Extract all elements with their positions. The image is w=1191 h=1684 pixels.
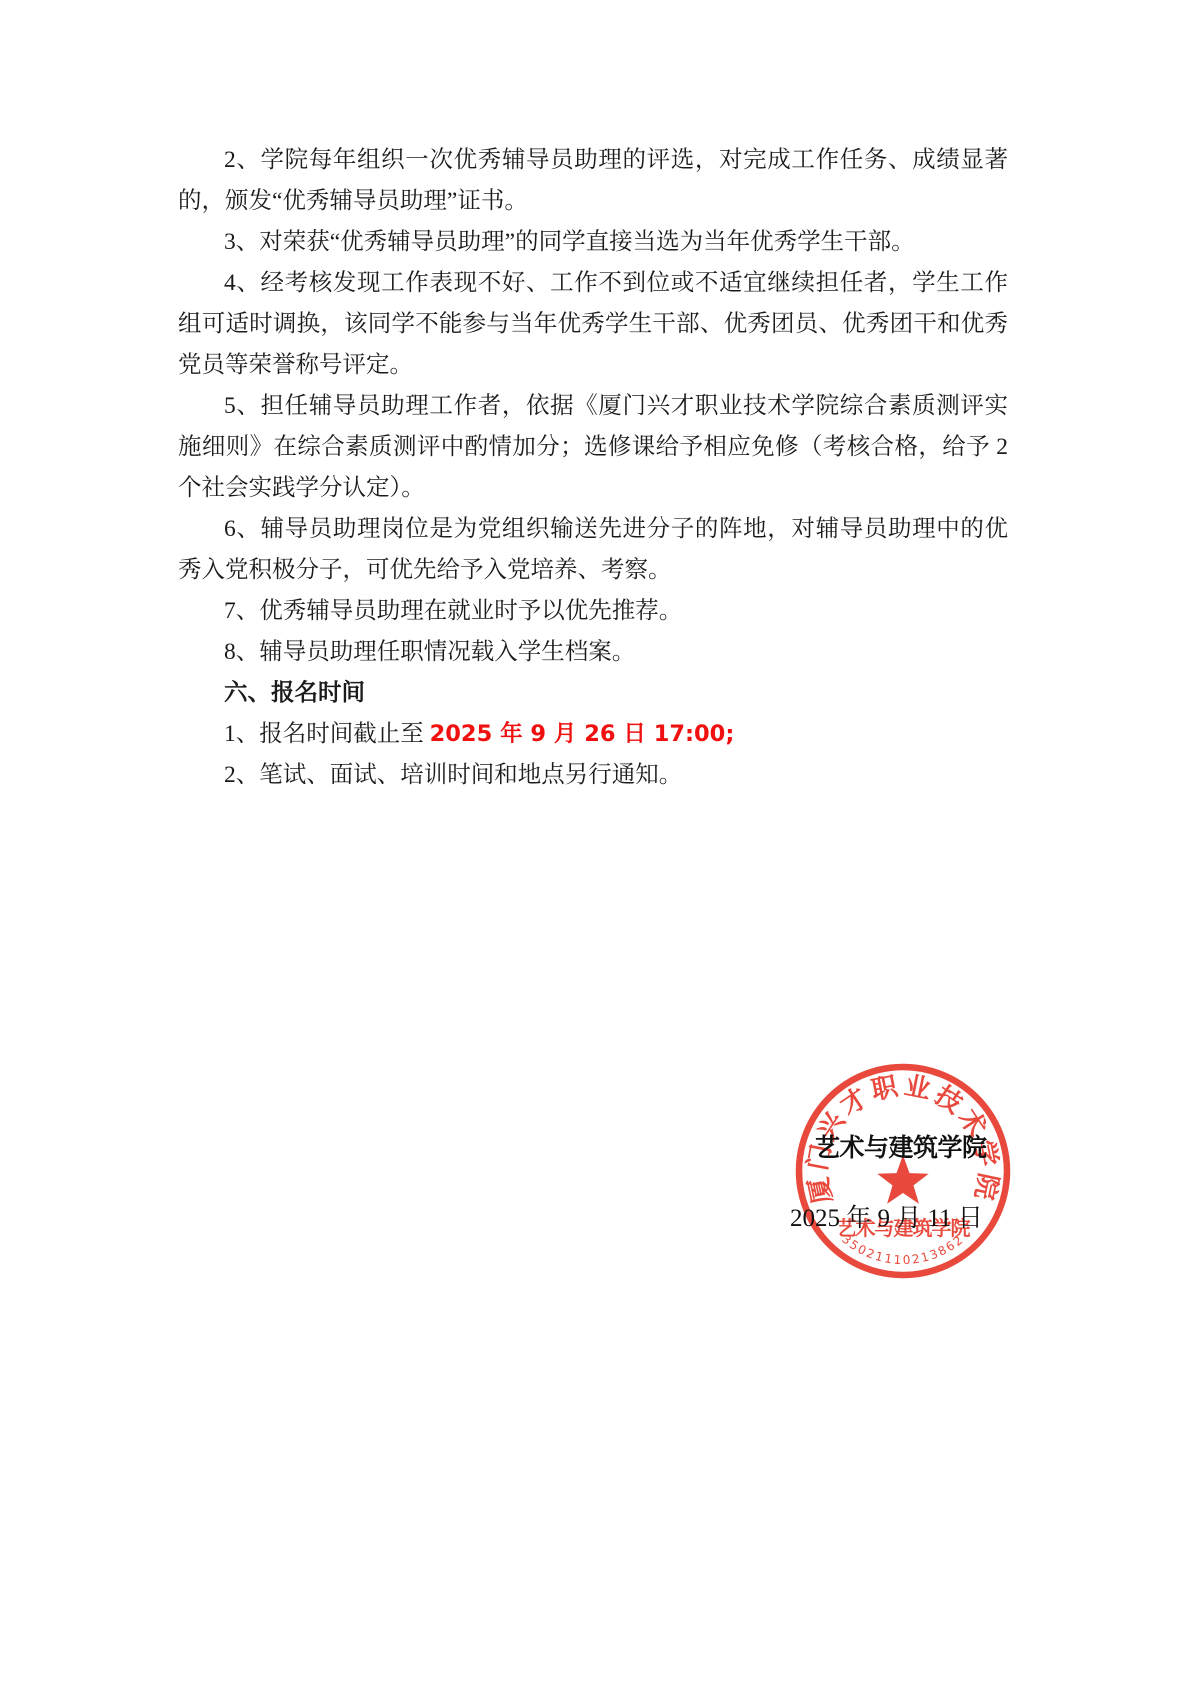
paragraph-item-5: 5、担任辅导员助理工作者，依据《厦门兴才职业技术学院综合素质测评实施细则》在综合… bbox=[178, 386, 1008, 509]
paragraph-item-3: 3、对荣获“优秀辅导员助理”的同学直接当选为当年优秀学生干部。 bbox=[178, 222, 1008, 263]
paragraph-notice: 2、笔试、面试、培训时间和地点另行通知。 bbox=[178, 755, 1008, 796]
deadline-prefix: 1、报名时间截止至 bbox=[224, 721, 430, 747]
paragraph-item-8: 8、辅导员助理任职情况载入学生档案。 bbox=[178, 632, 1008, 673]
deadline-paragraph: 1、报名时间截止至 2025 年 9 月 26 日 17:00; bbox=[178, 714, 1008, 755]
paragraph-item-7: 7、优秀辅导员助理在就业时予以优先推荐。 bbox=[178, 591, 1008, 632]
document-page: 2、学院每年组织一次优秀辅导员助理的评选，对完成工作任务、成绩显著的，颁发“优秀… bbox=[0, 0, 1191, 1684]
signoff-department: 艺术与建筑学院 bbox=[815, 1128, 987, 1164]
paragraph-item-6: 6、辅导员助理岗位是为党组织输送先进分子的阵地，对辅导员助理中的优秀入党积极分子… bbox=[178, 509, 1008, 591]
document-body: 2、学院每年组织一次优秀辅导员助理的评选，对完成工作任务、成绩显著的，颁发“优秀… bbox=[178, 140, 1008, 796]
paragraph-item-4: 4、经考核发现工作表现不好、工作不到位或不适宜继续担任者，学生工作组可适时调换，… bbox=[178, 263, 1008, 386]
official-seal-stamp: 厦门兴才职业技术学院 艺术与建筑学院 35021110213862 bbox=[790, 1058, 1016, 1284]
deadline-date-highlight: 2025 年 9 月 26 日 17:00; bbox=[430, 721, 735, 747]
section-heading-signup-time: 六、报名时间 bbox=[178, 673, 1008, 714]
signoff-date: 2025 年 9 月 11 日 bbox=[790, 1198, 983, 1234]
paragraph-item-2: 2、学院每年组织一次优秀辅导员助理的评选，对完成工作任务、成绩显著的，颁发“优秀… bbox=[178, 140, 1008, 222]
